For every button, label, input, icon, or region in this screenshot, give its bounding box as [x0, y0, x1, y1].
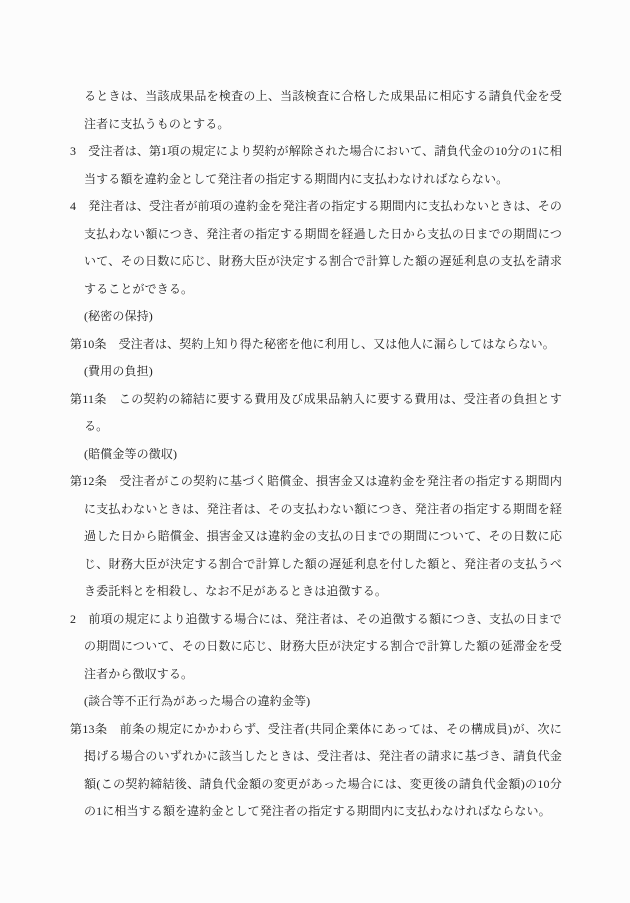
clause-item-4: 4 発注者は、受注者が前項の違約金を発注者の指定する期間内に支払わないときは、そ… — [70, 193, 562, 303]
section-heading-secrecy: (秘密の保持) — [70, 303, 562, 331]
article-12: 第12条 受注者がこの契約に基づく賠償金、損害金又は違約金を発注者の指定する期間… — [70, 468, 562, 606]
article-13: 第13条 前条の規定にかかわらず、受注者(共同企業体にあっては、その構成員)が、… — [70, 716, 562, 826]
section-heading-costs: (費用の負担) — [70, 358, 562, 386]
section-heading-collusion: (談合等不正行為があった場合の違約金等) — [70, 688, 562, 716]
clause-item-2: 2 前項の規定により追徴する場合には、発注者は、その追徴する額につき、支払の日ま… — [70, 606, 562, 689]
document-page: るときは、当該成果品を検査の上、当該検査に合格した成果品に相応する請負代金を受注… — [0, 0, 630, 903]
document-body: るときは、当該成果品を検査の上、当該検査に合格した成果品に相応する請負代金を受注… — [70, 83, 562, 826]
article-10: 第10条 受注者は、契約上知り得た秘密を他に利用し、又は他人に漏らしてはならない… — [70, 331, 562, 359]
section-heading-compensation: (賠償金等の徴収) — [70, 441, 562, 469]
paragraph-continuation: るときは、当該成果品を検査の上、当該検査に合格した成果品に相応する請負代金を受注… — [70, 83, 562, 138]
clause-item-3: 3 受注者は、第1項の規定により契約が解除された場合において、請負代金の10分の… — [70, 138, 562, 193]
article-11: 第11条 この契約の締結に要する費用及び成果品納入に要する費用は、受注者の負担と… — [70, 386, 562, 441]
